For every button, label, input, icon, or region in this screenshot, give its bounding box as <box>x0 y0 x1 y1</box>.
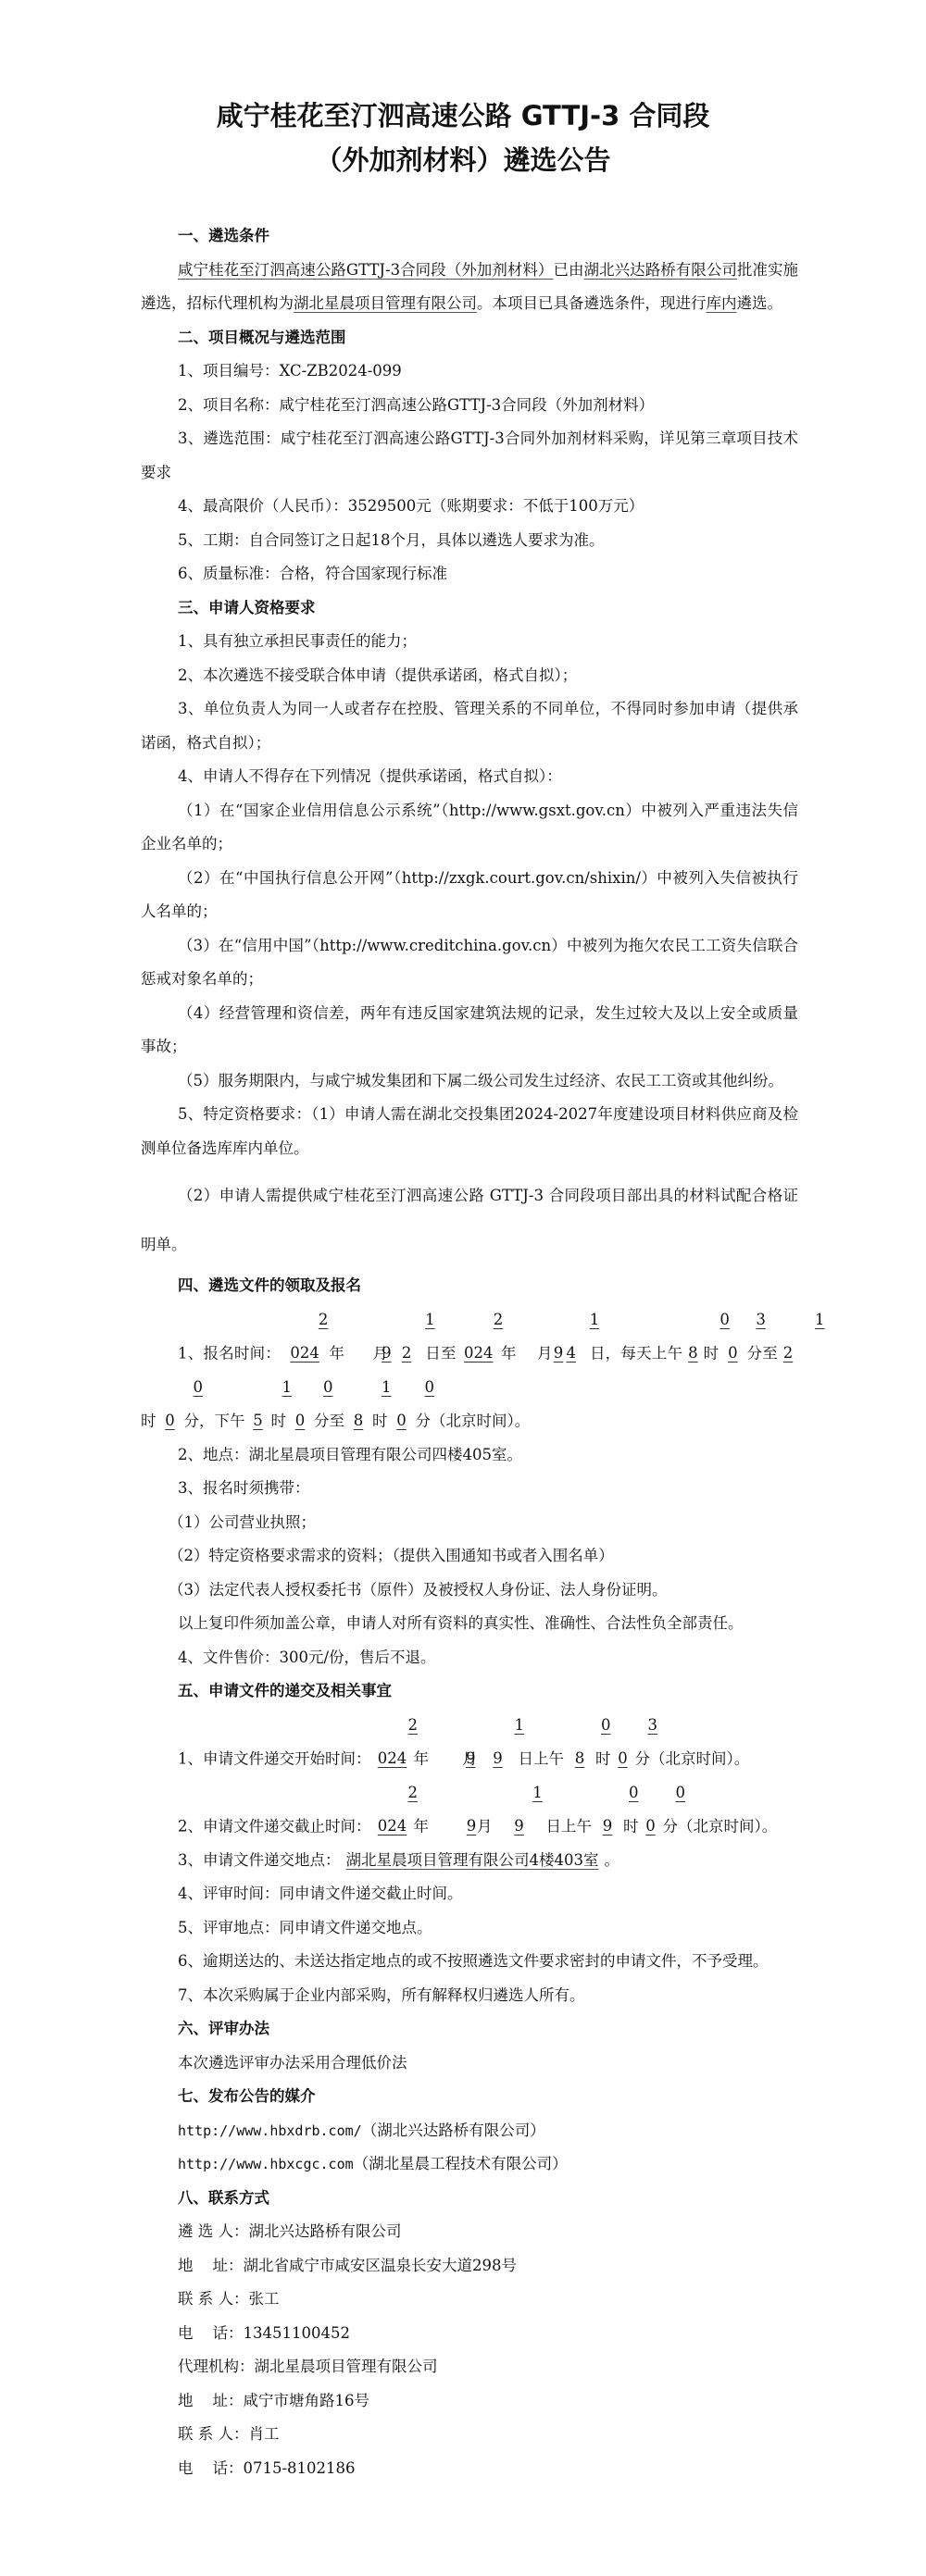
text: 分，下午 <box>184 1412 245 1429</box>
contact-label: 电 话： <box>178 2459 243 2477</box>
project-item: 4、最高限价（人民币）：3529500元（账期要求：不低于100万元） <box>141 490 798 524</box>
contact-label: 遴 选 人： <box>178 2222 249 2240</box>
contact-row: 代理机构：湖北星晨项目管理有限公司 <box>141 2350 798 2384</box>
registration-item: 4、文件售价：300元/份，售后不退。 <box>141 1641 798 1675</box>
contact-value: 湖北星晨项目管理有限公司 <box>255 2358 438 2375</box>
contact-value: 咸宁市塘角路16号 <box>243 2392 369 2409</box>
reg-end-year: 2024 <box>457 1303 501 1371</box>
contact-label: 电 话： <box>178 2324 243 2342</box>
registration-item: 3、报名时须携带： <box>141 1472 798 1506</box>
text: 年 <box>414 1749 430 1767</box>
text: 分 <box>416 1412 432 1429</box>
media-item: http://www.hbxdrb.com/（湖北兴达路桥有限公司） <box>141 2114 798 2148</box>
text: 。 <box>605 1851 620 1869</box>
submission-start-time: 1、申请文件递交开始时间：2024年9月19日上午08时30分（北京时间）。 <box>141 1709 798 1776</box>
section-heading-4: 四、遴选文件的领取及报名 <box>141 1269 798 1303</box>
pm-end-minute: 00 <box>388 1371 416 1438</box>
start-hour: 08 <box>564 1709 595 1776</box>
project-item: 3、遴选范围：咸宁桂花至汀泗高速公路GTTJ-3合同外加剂材料采购，详见第三章项… <box>141 422 798 490</box>
qualification-item: （3）在“信用中国”（http://www.creditchina.gov.cn… <box>141 929 798 997</box>
submission-end-time: 2、申请文件递交截止时间：2024年9月19日上午09时00分（北京时间）。 <box>141 1776 798 1844</box>
registration-item: （2）特定资格要求需求的资料；（提供入围通知书或者入围名单） <box>141 1539 798 1574</box>
text: 分 <box>635 1749 651 1767</box>
contact-row: 电 话：0715-8102186 <box>141 2452 798 2486</box>
text: 2、申请文件递交截止时间： <box>178 1817 371 1835</box>
pm-start-hour: 15 <box>245 1371 271 1438</box>
end-year: 2024 <box>371 1776 414 1844</box>
section-heading-7: 七、发布公告的媒介 <box>141 2080 798 2114</box>
end-hour: 09 <box>592 1776 623 1844</box>
selection-mode: 库内 <box>707 294 737 312</box>
text: 3、申请文件递交地点： <box>178 1851 341 1869</box>
contact-value: 张工 <box>249 2290 280 2308</box>
section-heading-3: 三、申请人资格要求 <box>141 591 798 626</box>
special-qualification-2: （2）申请人需提供咸宁桂花至汀泗高速公路 GTTJ-3 合同段项目部出具的材料试… <box>141 1171 798 1269</box>
reg-end-day: 14 <box>553 1303 590 1371</box>
reg-start-year: 2024 <box>281 1303 329 1371</box>
title-line-1: 咸宁桂花至汀泗高速公路 GTTJ-3 合同段 <box>0 93 926 138</box>
qualification-item: （1）在“国家企业信用信息公示系统”（http://www.gsxt.gov.c… <box>141 794 798 862</box>
qualification-item: 1、具有独立承担民事责任的能力； <box>141 625 798 659</box>
section-heading-6: 六、评审办法 <box>141 2012 798 2047</box>
section-heading-8: 八、联系方式 <box>141 2182 798 2216</box>
text: 日上午 <box>546 1817 593 1835</box>
contact-row: 遴 选 人：湖北兴达路桥有限公司 <box>141 2215 798 2249</box>
project-item: 1、项目编号：XC-ZB2024-099 <box>141 355 798 389</box>
announcement-body: 一、遴选条件 咸宁桂花至汀泗高速公路GTTJ-3合同段（外加剂材料）已由湖北兴达… <box>141 219 798 2485</box>
contact-value: 13451100452 <box>243 2324 349 2342</box>
am-start-hour: 08 <box>682 1303 703 1371</box>
contact-row: 电 话：13451100452 <box>141 2317 798 2351</box>
contact-label: 联 系 人： <box>178 2290 249 2308</box>
start-year: 2024 <box>371 1709 414 1776</box>
am-end-minute: 00 <box>156 1371 184 1438</box>
reg-start-month: 9 <box>344 1337 372 1371</box>
media-link[interactable]: http://www.hbxcgc.com <box>178 2156 354 2172</box>
media-org: （湖北星晨工程技术有限公司） <box>354 2155 568 2172</box>
conditions-paragraph: 咸宁桂花至汀泗高速公路GTTJ-3合同段（外加剂材料）已由湖北兴达路桥有限公司批… <box>141 254 798 321</box>
submission-place-value: 湖北星晨项目管理有限公司4楼403室 <box>341 1851 605 1869</box>
contact-value: 肖工 <box>249 2425 280 2443</box>
text: （北京时间）。 <box>431 1412 530 1429</box>
text: 时 <box>595 1749 611 1767</box>
contact-label: 代理机构： <box>178 2358 255 2375</box>
section-heading-5: 五、申请文件的递交及相关事宜 <box>141 1674 798 1709</box>
text: 时 <box>372 1412 388 1429</box>
submission-item: 5、评审地点：同申请文件递交地点。 <box>141 1911 798 1946</box>
am-start-minute: 30 <box>719 1303 746 1371</box>
text: 月 <box>372 1344 388 1362</box>
start-minute: 30 <box>611 1709 635 1776</box>
contact-label: 地 址： <box>178 2392 243 2409</box>
text: 时 <box>703 1344 719 1362</box>
text: 年 <box>329 1344 344 1362</box>
section-heading-1: 一、遴选条件 <box>141 219 798 254</box>
text: 时 <box>141 1412 156 1429</box>
submission-item: 7、本次采购属于企业内部采购，所有解释权归遴选人所有。 <box>141 1979 798 2013</box>
media-org: （湖北兴达路桥有限公司） <box>362 2122 545 2139</box>
media-link[interactable]: http://www.hbxdrb.com/ <box>178 2122 362 2139</box>
text: 。本项目已具备遴选条件，现进行 <box>477 294 707 312</box>
contact-row: 地 址：咸宁市塘角路16号 <box>141 2384 798 2419</box>
text: 月 <box>477 1817 493 1835</box>
text: 已由 <box>553 261 583 279</box>
registration-item: 2、地点：湖北星晨项目管理有限公司四楼405室。 <box>141 1438 798 1473</box>
project-item: 2、项目名称：咸宁桂花至汀泗高速公路GTTJ-3合同段（外加剂材料） <box>141 389 798 423</box>
qualification-item: 3、单位负责人为同一人或者存在控股、管理关系的不同单位，不得同时参加申请（提供承… <box>141 692 798 760</box>
pm-end-hour: 18 <box>344 1371 372 1438</box>
text: 分至 <box>314 1412 344 1429</box>
contact-value: 湖北兴达路桥有限公司 <box>249 2222 402 2240</box>
qualification-item: 2、本次遴选不接受联合体申请（提供承诺函，格式自拟）； <box>141 659 798 693</box>
text: 分 <box>663 1817 679 1835</box>
text: 日至 <box>425 1344 457 1362</box>
end-minute: 00 <box>639 1776 663 1844</box>
text: 时 <box>623 1817 639 1835</box>
contact-row: 地 址：湖北省咸宁市咸安区温泉长安大道298号 <box>141 2249 798 2284</box>
project-item: 5、工期：自合同签订之日起18个月，具体以遴选人要求为准。 <box>141 524 798 558</box>
registration-item: 以上复印件须加盖公章，申请人对所有资料的真实性、准确性、合法性负全部责任。 <box>141 1607 798 1641</box>
contact-label: 联 系 人： <box>178 2425 249 2443</box>
qualification-item: （4）经营管理和资信差，两年有违反国家建筑法规的记录，发生过较大及以上安全或质量… <box>141 997 798 1064</box>
registration-item: （3）法定代表人授权委托书（原件）及被授权人身份证、法人身份证明。 <box>141 1574 798 1608</box>
text: 年 <box>414 1817 430 1835</box>
end-day: 19 <box>493 1776 546 1844</box>
submission-item: 4、评审时间：同申请文件递交截止时间。 <box>141 1877 798 1911</box>
am-end-hour: 12 <box>778 1303 798 1371</box>
media-item: http://www.hbxcgc.com（湖北星晨工程技术有限公司） <box>141 2147 798 2182</box>
owner-name: 湖北兴达路桥有限公司 <box>584 261 737 279</box>
text: 遴选。 <box>737 294 783 312</box>
contact-row: 联 系 人：张工 <box>141 2283 798 2317</box>
text: 1、报名时间： <box>178 1344 281 1362</box>
qualification-item: 4、申请人不得存在下列情况（提供承诺函，格式自拟）： <box>141 760 798 794</box>
evaluation-method: 本次遴选评审办法采用合理低价法 <box>141 2047 798 2081</box>
qualification-item: （2）在“中国执行信息公开网”（http://zxgk.court.gov.cn… <box>141 862 798 929</box>
text: 时 <box>271 1412 287 1429</box>
text: 月 <box>537 1344 553 1362</box>
project-name: 咸宁桂花至汀泗高速公路GTTJ-3合同段（外加剂材料） <box>178 261 553 279</box>
registration-item: （1）公司营业执照； <box>141 1506 798 1540</box>
contact-label: 地 址： <box>178 2257 243 2274</box>
text: 1、申请文件递交开始时间： <box>178 1749 371 1767</box>
submission-item: 6、逾期送达的、未送达指定地点的或不按照遴选文件要求密封的申请文件，不予受理。 <box>141 1945 798 1979</box>
text: （北京时间）。 <box>650 1749 749 1767</box>
submission-place: 3、申请文件递交地点：湖北星晨项目管理有限公司4楼403室。 <box>141 1844 798 1878</box>
section-heading-2: 二、项目概况与遴选范围 <box>141 321 798 355</box>
reg-end-month: 9 <box>517 1337 537 1371</box>
pm-start-minute: 00 <box>286 1371 314 1438</box>
contact-value: 湖北省咸宁市咸安区温泉长安大道298号 <box>243 2257 517 2274</box>
start-month: 9 <box>429 1742 462 1776</box>
title-line-2: （外加剂材料）遴选公告 <box>0 138 926 182</box>
contact-value: 0715-8102186 <box>243 2459 355 2477</box>
text: 日上午 <box>519 1749 565 1767</box>
agent-name: 湖北星晨项目管理有限公司 <box>294 294 477 312</box>
project-item: 6、质量标准：合格，符合国家现行标准 <box>141 557 798 591</box>
start-day: 19 <box>478 1709 519 1776</box>
text: 年 <box>501 1344 517 1362</box>
registration-time: 1、报名时间：2024年9月12日至2024年9月14日，每天上午08时30分至… <box>141 1303 798 1438</box>
text: 日，每天上午 <box>590 1344 683 1362</box>
text: 月 <box>462 1749 478 1767</box>
qualification-item: （5）服务期限内，与咸宁城发集团和下属二级公司发生过经济、农民工工资或其他纠纷。 <box>141 1064 798 1099</box>
text: （北京时间）。 <box>678 1817 777 1835</box>
text: 分至 <box>746 1344 778 1362</box>
reg-start-day: 12 <box>388 1303 425 1371</box>
qualification-item: 5、特定资格要求：（1）申请人需在湖北交投集团2024-2027年度建设项目材料… <box>141 1098 798 1165</box>
contact-row: 联 系 人：肖工 <box>141 2418 798 2452</box>
end-month: 9 <box>429 1810 477 1844</box>
